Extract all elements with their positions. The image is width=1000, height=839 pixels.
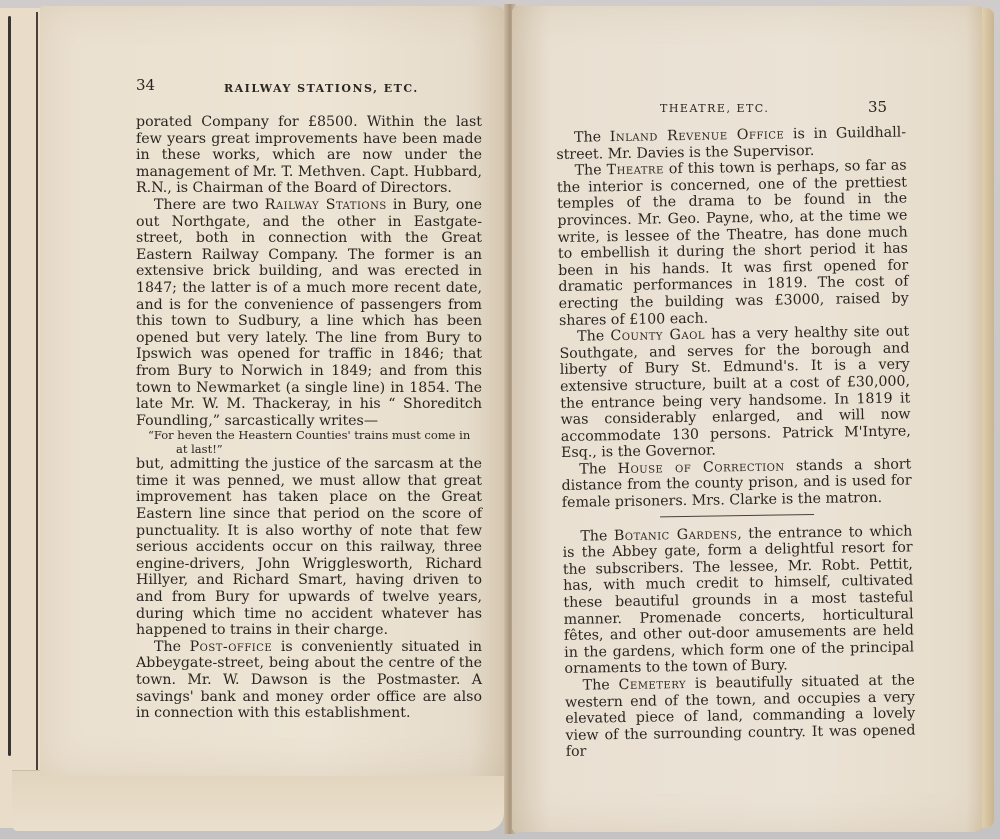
- paragraph-county-gaol: The County Gaol has a very healthy site …: [559, 324, 911, 462]
- section-divider-rule: [660, 514, 814, 517]
- right-page-body: The Inland Revenue Office is in Guildhal…: [556, 125, 916, 761]
- section-term: Botanic Gardens: [614, 526, 738, 544]
- page-number: 35: [868, 98, 887, 116]
- section-term: Post-office: [190, 639, 273, 655]
- section-term: House of Correction: [618, 458, 785, 477]
- paragraph-inland-revenue: The Inland Revenue Office is in Guildhal…: [556, 125, 906, 164]
- right-page: THEATRE, ETC. 35 The Inland Revenue Offi…: [512, 6, 990, 832]
- section-term: Railway Stations: [265, 197, 387, 213]
- paragraph: but, admitting the justice of the sarcas…: [136, 456, 482, 639]
- running-head: RAILWAY STATIONS, ETC.: [224, 82, 419, 95]
- section-term: Inland Revenue Office: [610, 126, 785, 145]
- paragraph-house-of-correction: The House of Correction stands a short d…: [561, 456, 912, 511]
- cover-edge-line: [36, 12, 38, 812]
- paragraph-botanic-gardens: The Botanic Gardens, the entrance to whi…: [562, 523, 914, 678]
- paragraph-cemetery: The Cemetery is beautifully situated at …: [565, 672, 916, 760]
- paragraph-theatre: The Theatre of this town is perhaps, so …: [557, 158, 910, 329]
- left-page-body: porated Company for £8500. Within the la…: [136, 114, 482, 722]
- section-term: Cemetery: [618, 676, 686, 693]
- section-term: Theatre: [607, 161, 664, 178]
- page-number: 34: [136, 76, 155, 94]
- stacked-pages-bottom: [12, 770, 504, 831]
- left-page: 34 RAILWAY STATIONS, ETC. porated Compan…: [40, 6, 506, 776]
- running-head: THEATRE, ETC.: [660, 102, 769, 115]
- book-fore-edge-right: [982, 8, 994, 828]
- paragraph-railway-stations: There are two Railway Stations in Bury, …: [136, 197, 482, 429]
- paragraph-post-office: The Post-office is conveniently situated…: [136, 639, 482, 722]
- section-term: County Gaol: [610, 327, 705, 344]
- paragraph: porated Company for £8500. Within the la…: [136, 114, 482, 197]
- cover-edge-line: [8, 16, 11, 756]
- block-quote: “For heven the Heastern Counties' trains…: [136, 429, 482, 456]
